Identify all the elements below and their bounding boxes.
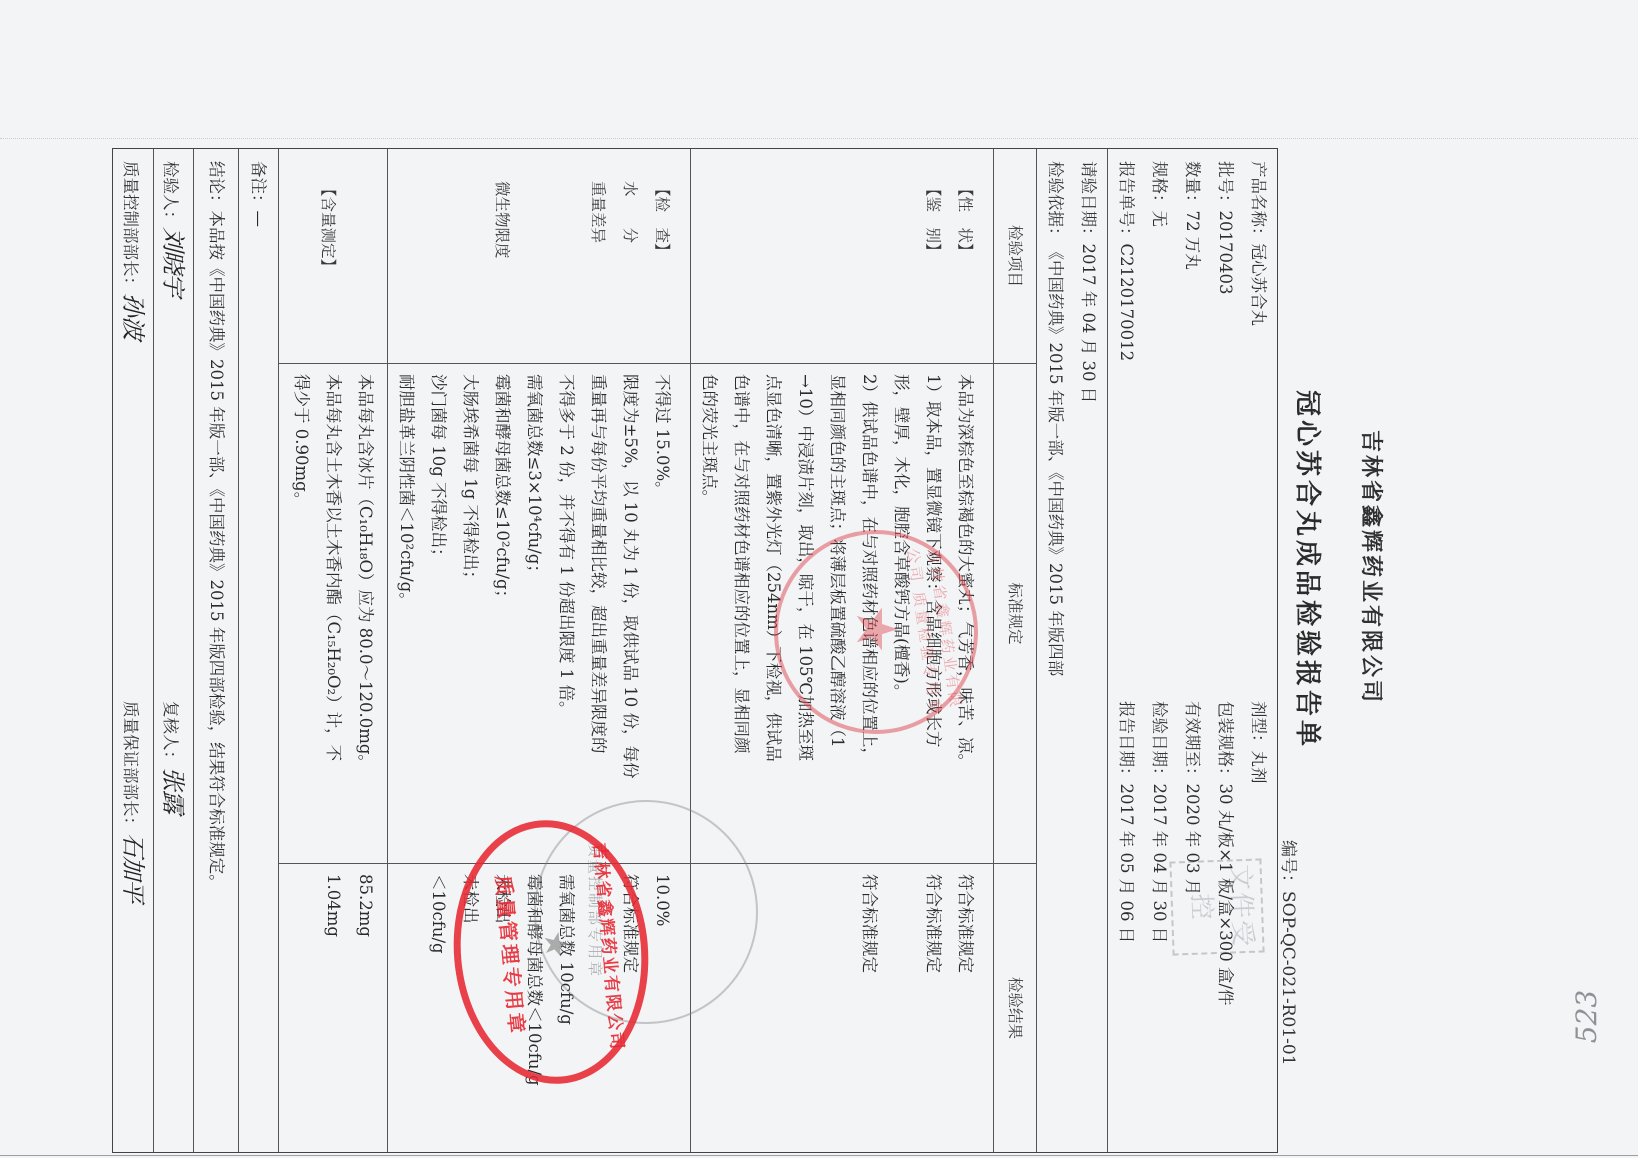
item-label: 重量差异 [582,159,614,353]
item-label: 【鉴 别】 [917,159,949,353]
item-label: 水 分 [614,159,646,353]
document-code-label: 编号： [1278,840,1298,891]
standard-line: 色的荧光主斑点。 [693,374,725,853]
meta-section: 产品名称：冠心苏合丸 剂型：丸剂 批号：20170403 包装规格：30 丸/板… [1107,149,1277,1152]
report-page: 吉林省鑫辉药业有限公司 冠心苏合丸成品检验报告单 编号：SOP-QC-021-R… [0,0,1638,1158]
meta-row: 请验日期：2017 年 04 月 30 日 [1072,161,1105,1140]
result-line: 未检出 [486,874,518,1142]
batch-no-label: 批号： [1217,161,1236,211]
request-date-label: 请验日期： [1073,161,1105,244]
basis-label: 检验依据： [1040,161,1072,244]
result-line: 符合标准规定 [917,874,949,1142]
standard-line: 得少于 0.90mg。 [285,374,317,853]
report-title: 冠心苏合丸成品检验报告单 [1291,390,1328,750]
table-header-row: 检验项目 标准规定 检验结果 [993,149,1036,1152]
result-cell: 85.2mg 1.04mg [279,864,387,1152]
inspect-date-value: 2017 年 04 月 30 日 [1151,784,1170,944]
expiry-label: 有效期至： [1184,701,1203,784]
header-item: 检验项目 [994,149,1036,364]
standard-line: 不得过 15.0%。 [646,374,678,853]
report-no-label: 报告单号： [1118,161,1137,244]
header-standard: 标准规定 [994,364,1036,864]
dosage-form-label: 剂型： [1250,701,1269,751]
result-cell: 10.0% 符合标准规定 需氧菌总数 10cfu/g 霉菌和酵母菌总数＜10cf… [388,864,690,1152]
handwritten-page-number: 523 [1570,990,1603,1043]
conclusion-row: 结论：本品按《中国药典》2015 年版一部、《中国药典》2015 年版四部检验，… [193,149,238,1152]
inspector-signature: 刘晓宇 [159,227,187,296]
document-code: 编号：SOP-QC-021-R01-01 [1278,840,1303,1066]
packaging-value: 30 丸/板×1 板/盒×300 盒/件 [1217,784,1236,1006]
standard-line: 本品每丸含土木香以土木香内酯（C₁₅H₂₀O₂）计，不 [317,374,349,853]
table-row-appearance-identification: 【性 状】 【鉴 别】 本品为深棕色至棕褐色的大蜜丸；气芳香，味苦、凉。 1）取… [690,149,993,1152]
meta-row: 数量：72 万丸 有效期至：2020 年 03 月 [1176,161,1209,1140]
result-line: 符合标准规定 [853,874,885,1142]
qc-head-signature: 孙波 [119,293,147,339]
standard-line: 重量再与每份平均重量相比较，超出重量差异限度的 [582,374,614,853]
reviewer-label: 复核人： [161,701,180,767]
table-row-checks: 【检 查】 水 分 重量差异 微生物限度 不得过 15.0%。 限度为±5%，以… [387,149,690,1152]
batch-no-value: 20170403 [1217,211,1236,295]
header-result: 检验结果 [994,864,1036,1152]
conclusion-label: 结论： [207,161,226,211]
meta-row: 批号：20170403 包装规格：30 丸/板×1 板/盒×300 盒/件 [1209,161,1242,1140]
result-line: 1.04mg [317,874,349,1142]
items-cell: 【含量测定】 [279,149,387,364]
items-cell: 【性 状】 【鉴 别】 [691,149,993,364]
quantity-value: 72 万丸 [1184,211,1203,270]
standard-cell: 本品为深棕色至棕褐色的大蜜丸；气芳香，味苦、凉。 1）取本品，置显微镜下观察：含… [691,364,993,864]
standard-line: 2）供试品色谱中，在与对照药材色谱相应的位置上， [853,374,885,853]
standard-line: 显相同颜色的主斑点；将薄层板置硫酸乙醇溶液（1 [821,374,853,853]
items-cell: 【检 查】 水 分 重量差异 微生物限度 [388,149,690,364]
basis-value: 《中国药典》2015 年版一部、《中国药典》2015 年版四部 [1040,244,1072,677]
company-name: 吉林省鑫辉药业有限公司 [1357,430,1388,705]
report-date-label: 报告日期： [1118,701,1137,784]
result-line: 符合标准规定 [949,874,981,1142]
item-label [550,159,582,353]
remark-row: 备注：— [238,149,278,1152]
document-code-value: SOP-QC-021-R01-01 [1278,891,1298,1066]
standard-line: 限度为±5%，以 10 丸为 1 份，取供试品 10 份，每份 [614,374,646,853]
report-date-value: 2017 年 05 月 06 日 [1118,784,1137,944]
product-name-label: 产品名称： [1250,161,1269,244]
spec-value: 无 [1151,211,1170,228]
result-line: 85.2mg [349,874,381,1142]
item-label: 【性 状】 [949,159,981,353]
result-cell: 符合标准规定 符合标准规定 符合标准规定 [691,864,993,1152]
inspector-label: 检验人： [161,161,180,227]
meta-row: 检验依据：《中国药典》2015 年版一部、《中国药典》2015 年版四部 [1039,161,1072,1140]
result-line: 符合标准规定 [614,874,646,1142]
standard-line: 霉菌和酵母菌总数≤10²cfu/g； [486,374,518,853]
signature-row-1: 检验人：刘晓宇 复核人：张露 [153,149,193,1152]
inspection-report-table: 产品名称：冠心苏合丸 剂型：丸剂 批号：20170403 包装规格：30 丸/板… [112,148,1278,1153]
item-label: 【含量测定】 [312,159,344,274]
result-line: 需氧菌总数 10cfu/g [550,874,582,1142]
meta-row: 规格：无 检验日期：2017 年 04 月 30 日 [1143,161,1176,1140]
meta-row: 产品名称：冠心苏合丸 剂型：丸剂 [1242,161,1275,1140]
remark-value: — [249,211,268,228]
standard-cell: 不得过 15.0%。 限度为±5%，以 10 丸为 1 份，取供试品 10 份，… [388,364,690,864]
item-label: 【检 查】 [646,159,678,353]
request-basis-section: 请验日期：2017 年 04 月 30 日 检验依据：《中国药典》2015 年版… [1036,149,1107,1152]
standard-cell: 本品每丸含冰片（C₁₀H₁₈O）应为 80.0～120.0mg。 本品每丸含土木… [279,364,387,864]
result-line: 10.0% [646,874,678,1142]
qc-head-label: 质量控制部部长： [121,161,140,293]
quantity-label: 数量： [1184,161,1203,211]
reviewer-signature: 张露 [159,767,187,813]
standard-line: 本品每丸含冰片（C₁₀H₁₈O）应为 80.0～120.0mg。 [349,374,381,853]
dosage-form-value: 丸剂 [1250,751,1269,784]
result-line [885,874,917,1142]
standard-line: →10）中浸渍片刻，取出，晾干，在 105℃加热至斑 [789,374,821,853]
standard-line: 形，壁厚，木化，胞腔含草酸钙方晶(檀香)。 [885,374,917,853]
qa-head-signature: 石加平 [119,833,147,902]
standard-line: 点显色清晰，置紫外光灯（254nm）下检视，供试品 [757,374,789,853]
standard-line: 需氧菌总数≤3×10⁴cfu/g； [518,374,550,853]
conclusion-text: 本品按《中国药典》2015 年版一部、《中国药典》2015 年版四部检验，结果符… [207,211,226,891]
standard-line: 色谱中，在与对照药材色谱相应的位置上，显相同颜 [725,374,757,853]
standard-line: 沙门菌每 10g 不得检出； [422,374,454,853]
table-row-assay: 【含量测定】 本品每丸含冰片（C₁₀H₁₈O）应为 80.0～120.0mg。 … [278,149,387,1152]
standard-line: 本品为深棕色至棕褐色的大蜜丸；气芳香，味苦、凉。 [949,374,981,853]
result-line: 未检出 [454,874,486,1142]
qa-head-label: 质量保证部部长： [121,701,140,833]
result-line: ＜10cfu/g [422,874,454,1142]
remark-label: 备注： [249,161,268,211]
item-label: 微生物限度 [486,159,518,353]
standard-line: 大肠埃希菌每 1g 不得检出； [454,374,486,853]
item-label [518,159,550,353]
meta-row: 报告单号：C2120170012 报告日期：2017 年 05 月 06 日 [1110,161,1143,1140]
report-no-value: C2120170012 [1118,244,1137,362]
packaging-label: 包装规格： [1217,701,1236,784]
standard-line: 耐胆盐革兰阴性菌＜10²cfu/g。 [390,374,422,853]
spec-label: 规格： [1151,161,1170,211]
expiry-value: 2020 年 03 月 [1184,784,1203,896]
signature-row-2: 质量控制部部长：孙波 质量保证部部长：石加平 [113,149,153,1152]
result-line [582,874,614,1142]
standard-line: 不得多于 2 份，并不得有 1 份超出限度 1 倍。 [550,374,582,853]
product-name-value: 冠心苏合丸 [1250,244,1269,327]
standard-line: 1）取本品，置显微镜下观察：含晶细胞方形或长方 [917,374,949,853]
result-line: 霉菌和酵母菌总数＜10cfu/g [518,874,550,1142]
request-date-value: 2017 年 04 月 30 日 [1073,244,1105,404]
inspect-date-label: 检验日期： [1151,701,1170,784]
